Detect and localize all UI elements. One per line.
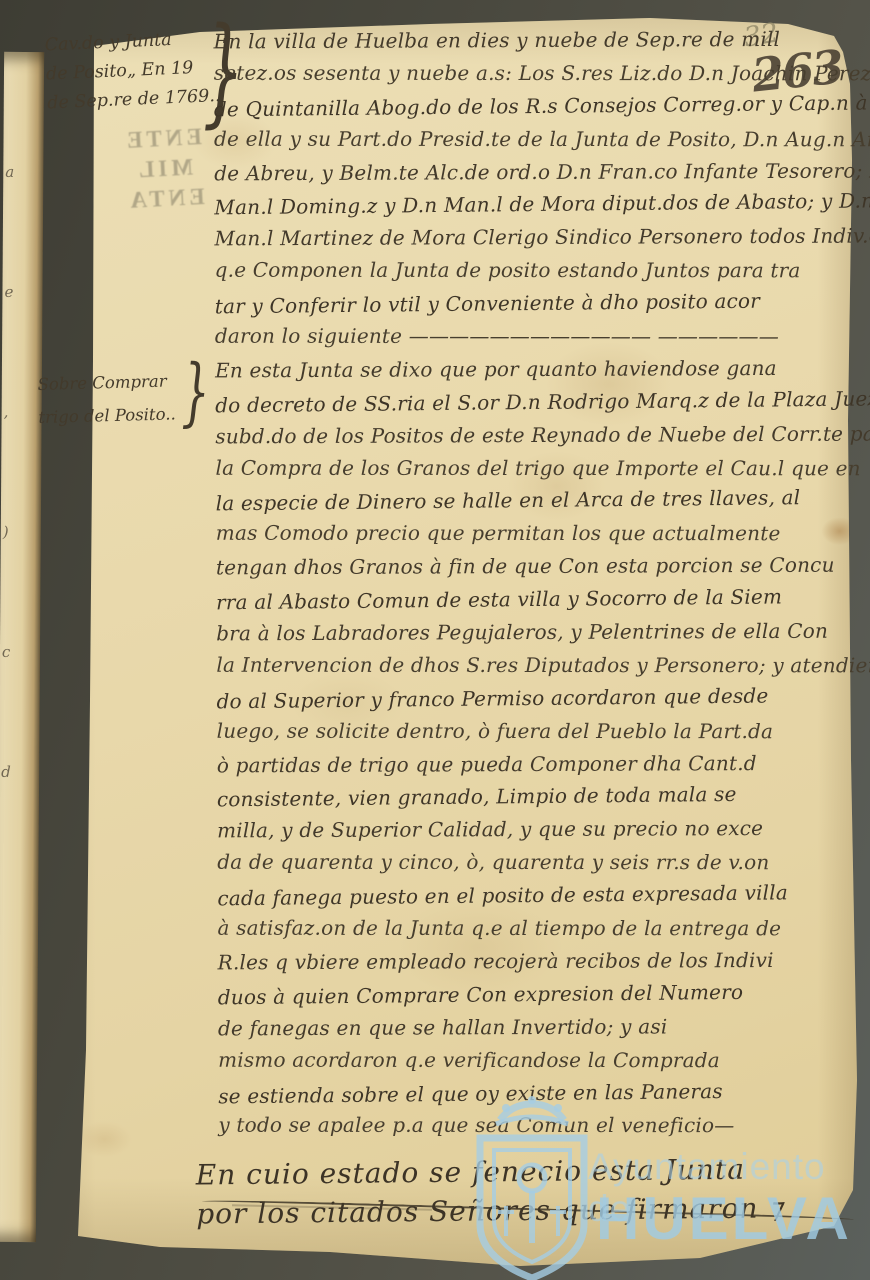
manuscript-line: setez.os sesenta y nuebe a.s: Los S.res … [214, 57, 850, 90]
margin-topic-line: Sobre Comprar [37, 364, 188, 401]
manuscript-line: la Intervencion de dhos S.res Diputados … [216, 649, 852, 682]
manuscript-line: tengan dhos Granos à fin de que Con esta… [216, 549, 852, 585]
margin-note-heading: Cav.do y Juntade Posito„ En 19de Sep.re … [44, 25, 208, 119]
manuscript-line: y todo se apalee p.a que sea Comun el ve… [218, 1109, 854, 1142]
manuscript-line: En esta Junta se dixo que por quanto hav… [215, 352, 851, 388]
manuscript-body-text: En la villa de Huelba en dies y nuebe de… [214, 23, 855, 1144]
manuscript-line: do al Superior y franco Permiso acordaro… [216, 678, 852, 718]
manuscript-line: mismo acordaron q.e verificandose la Com… [218, 1043, 854, 1076]
manuscript-line: de Abreu, y Belm.te Alc.de ord.o D.n Fra… [214, 154, 850, 190]
facing-page-ink-fragments: a e , ) c d [0, 112, 16, 1112]
manuscript-line: Man.l Martinez de Mora Clerigo Sindico P… [214, 220, 850, 256]
manuscript-line: subd.do de los Positos de este Reynado d… [215, 417, 851, 453]
margin-topic-brace: } [181, 356, 209, 428]
manuscript-line: q.e Componen la Junta de posito estando … [215, 254, 851, 287]
manuscript-line: de fanegas en que se hallan Invertido; y… [218, 1009, 854, 1045]
manuscript-line: rra al Abasto Comun de esta villa y Soco… [216, 580, 852, 620]
manuscript-closing-text: En cuio estado se fenecio esta Juntapor … [196, 1149, 857, 1234]
manuscript-line: consistente, vien granado, Limpio de tod… [217, 777, 853, 817]
manuscript-line: da de quarenta y cinco, ò, quarenta y se… [217, 846, 853, 879]
manuscript-line: ò partidas de trigo que pueda Componer d… [217, 746, 853, 782]
manuscript-line: milla, y de Superior Calidad, y que su p… [217, 812, 853, 848]
manuscript-line: mas Comodo precio que permitan los que a… [216, 517, 852, 550]
manuscript-line: do decreto de SS.ria el S.or D.n Rodrigo… [215, 382, 851, 422]
manuscript-line: cada fanega puesto en el posito de esta … [217, 876, 853, 916]
manuscript-closing-line: En cuio estado se fenecio esta Junta [196, 1149, 856, 1195]
margin-note-topic: Sobre Comprartrigo del Posito.. [37, 364, 189, 434]
manuscript-line: la Compra de los Granos del trigo que Im… [215, 451, 851, 484]
manuscript-line: de ella y su Part.do Presid.te de la Jun… [214, 122, 850, 155]
manuscript-line: Man.l Doming.z y D.n Man.l de Mora diput… [214, 185, 850, 225]
manuscript-line: daron lo siguiente ———————————— —————— [215, 320, 851, 353]
manuscript-line: luego, se solicite dentro, ò fuera del P… [217, 714, 853, 747]
manuscript-line: de Quintanilla Abog.do de los R.s Consej… [214, 86, 850, 126]
manuscript-line: bra à los Labradores Pegujaleros, y Pele… [216, 615, 852, 651]
manuscript-line: R.les q vbiere empleado recojerà recibos… [218, 944, 854, 980]
manuscript-line: à satisfaz.on de la Junta q.e al tiempo … [217, 912, 853, 945]
manuscript-line: tar y Conferir lo vtil y Conveniente à d… [215, 284, 851, 324]
manuscript-line: En la villa de Huelba en dies y nuebe de… [214, 23, 850, 59]
facing-page-edge: a e , ) c d [0, 52, 44, 1242]
scanned-manuscript-photo: a e , ) c d ENTEMILENTA Cav.do y Juntade… [0, 0, 870, 1280]
margin-topic-line: trigo del Posito.. [38, 397, 189, 434]
manuscript-line: se estienda sobre el que oy existe en la… [218, 1073, 854, 1113]
manuscript-line: la especie de Dinero se halle en el Arca… [215, 481, 851, 521]
manuscript-line: duos à quien Comprare Con expresion del … [218, 974, 854, 1014]
